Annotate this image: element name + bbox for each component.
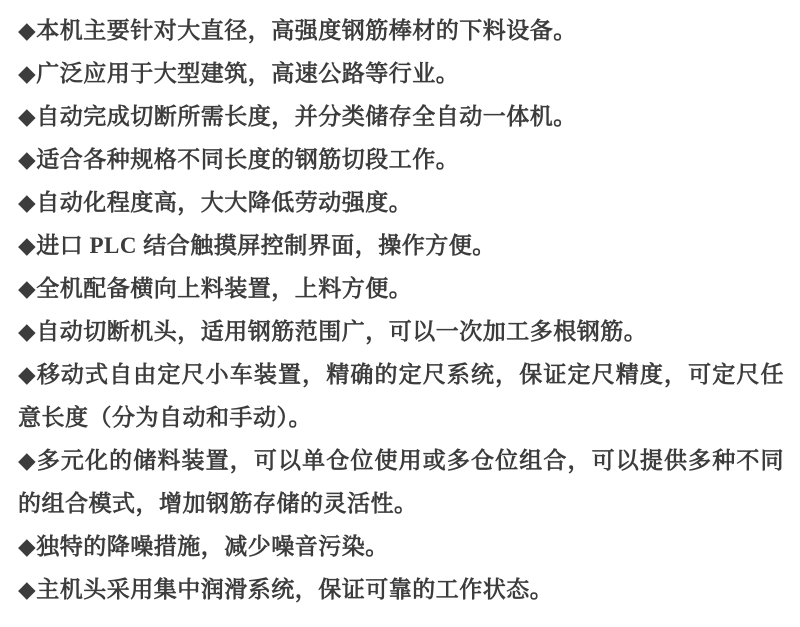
feature-text: 适合各种规格不同长度的钢筋切段工作。 (36, 147, 459, 172)
feature-text: 多元化的储料装置，可以单仓位使用或多仓位组合，可以提供多种不同的组合模式，增加钢… (18, 448, 784, 516)
diamond-bullet-icon: ◆ (18, 319, 36, 344)
diamond-bullet-icon: ◆ (18, 577, 36, 602)
feature-text: 广泛应用于大型建筑，高速公路等行业。 (36, 61, 459, 86)
diamond-bullet-icon: ◆ (18, 104, 36, 129)
feature-text: 自动化程度高，大大降低劳动强度。 (36, 190, 412, 215)
feature-item: ◆主机头采用集中润滑系统，保证可靠的工作状态。 (18, 568, 784, 611)
diamond-bullet-icon: ◆ (18, 534, 36, 559)
feature-item: ◆适合各种规格不同长度的钢筋切段工作。 (18, 138, 784, 181)
diamond-bullet-icon: ◆ (18, 276, 36, 301)
feature-item: ◆全机配备横向上料装置，上料方便。 (18, 267, 784, 310)
feature-text: 进口 PLC 结合触摸屏控制界面，操作方便。 (36, 233, 496, 258)
feature-text: 全机配备横向上料装置，上料方便。 (36, 276, 412, 301)
feature-item: ◆自动切断机头，适用钢筋范围广，可以一次加工多根钢筋。 (18, 310, 784, 353)
feature-item: ◆独特的降噪措施，减少噪音污染。 (18, 525, 784, 568)
feature-text: 移动式自由定尺小车装置，精确的定尺系统，保证定尺精度，可定尺任意长度（分为自动和… (18, 362, 784, 430)
feature-list: ◆本机主要针对大直径，高强度钢筋棒材的下料设备。 ◆广泛应用于大型建筑，高速公路… (18, 9, 784, 611)
diamond-bullet-icon: ◆ (18, 362, 37, 387)
feature-text: 本机主要针对大直径，高强度钢筋棒材的下料设备。 (36, 18, 577, 43)
diamond-bullet-icon: ◆ (18, 61, 36, 86)
diamond-bullet-icon: ◆ (18, 147, 36, 172)
feature-text: 自动切断机头，适用钢筋范围广，可以一次加工多根钢筋。 (36, 319, 647, 344)
diamond-bullet-icon: ◆ (18, 190, 36, 215)
feature-item: ◆本机主要针对大直径，高强度钢筋棒材的下料设备。 (18, 9, 784, 52)
feature-item: ◆多元化的储料装置，可以单仓位使用或多仓位组合，可以提供多种不同的组合模式，增加… (18, 439, 784, 525)
feature-item: ◆进口 PLC 结合触摸屏控制界面，操作方便。 (18, 224, 784, 267)
diamond-bullet-icon: ◆ (18, 448, 37, 473)
feature-text: 独特的降噪措施，减少噪音污染。 (36, 534, 389, 559)
document-page: ◆本机主要针对大直径，高强度钢筋棒材的下料设备。 ◆广泛应用于大型建筑，高速公路… (0, 0, 800, 627)
diamond-bullet-icon: ◆ (18, 18, 36, 43)
feature-text: 主机头采用集中润滑系统，保证可靠的工作状态。 (36, 577, 553, 602)
feature-item: ◆自动完成切断所需长度，并分类储存全自动一体机。 (18, 95, 784, 138)
feature-item: ◆移动式自由定尺小车装置，精确的定尺系统，保证定尺精度，可定尺任意长度（分为自动… (18, 353, 784, 439)
feature-item: ◆自动化程度高，大大降低劳动强度。 (18, 181, 784, 224)
feature-text: 自动完成切断所需长度，并分类储存全自动一体机。 (36, 104, 577, 129)
diamond-bullet-icon: ◆ (18, 233, 36, 258)
feature-item: ◆广泛应用于大型建筑，高速公路等行业。 (18, 52, 784, 95)
